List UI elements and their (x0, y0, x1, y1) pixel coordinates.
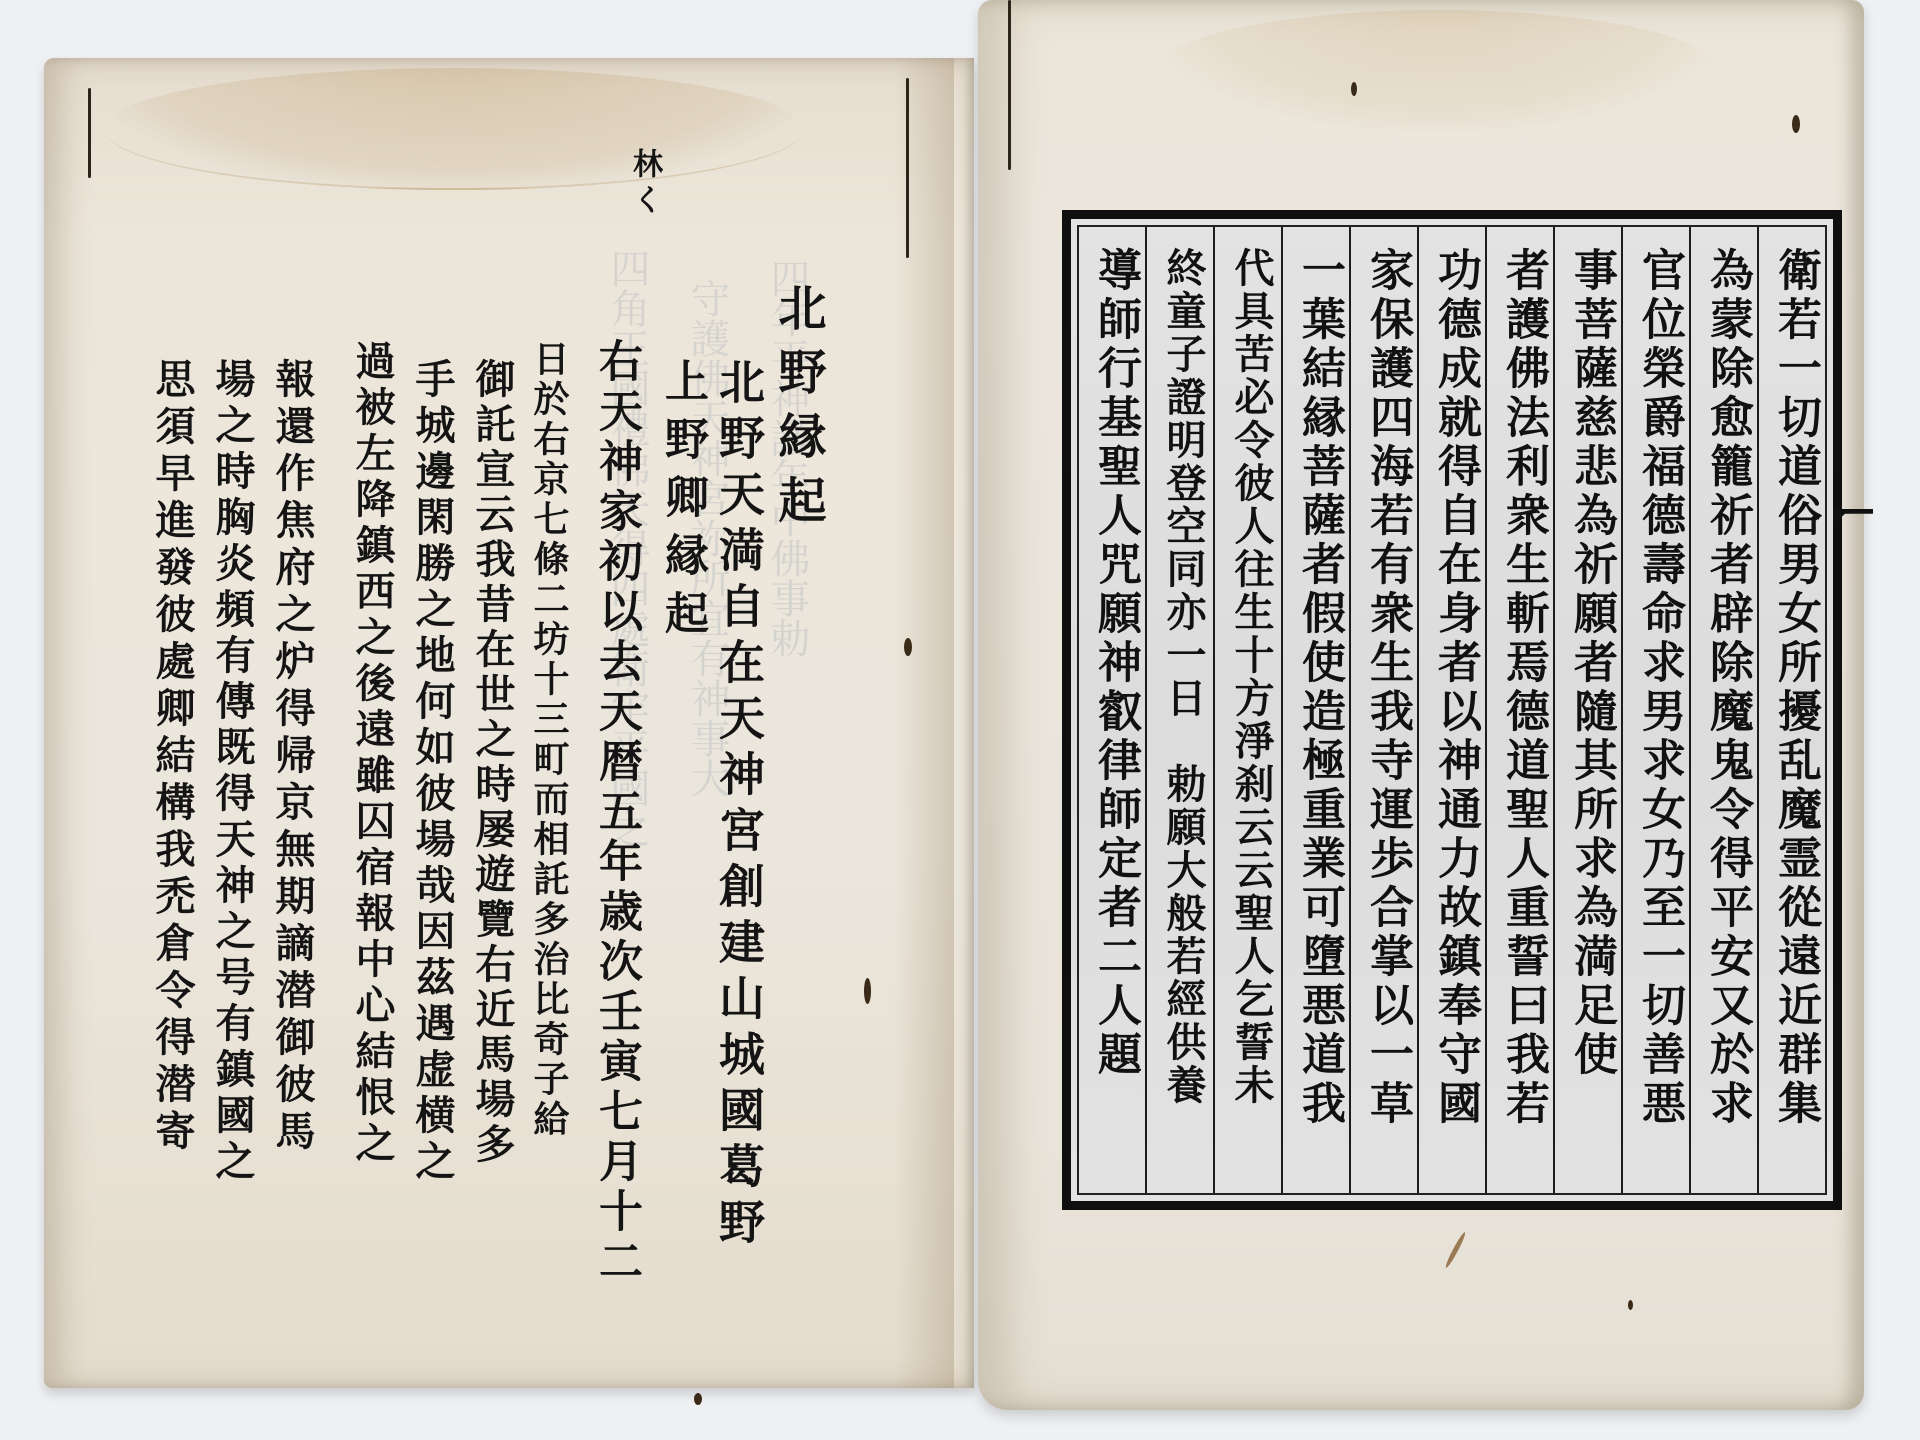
text-column: 報還作焦府之炉得帰京無期謫潜御彼馬 (264, 358, 321, 1157)
fishtail-mark (1833, 509, 1873, 525)
printed-column: 功德成就得自在身者以神通力故鎮奉守國 (1417, 227, 1485, 1193)
binding-fold (894, 58, 954, 1388)
paper-blemish (1444, 1231, 1467, 1269)
ink-spot (1351, 82, 1357, 96)
printed-column: 為蒙除愈籠祈者辟除魔鬼令得平安又於求 (1689, 227, 1757, 1193)
printed-column: 導師行基聖人咒願神叡律師定者二人題 (1079, 227, 1145, 1193)
text-column: 過被左降鎮西之後遠雖囚宿報中心結恨之 (344, 340, 401, 1168)
printed-column: 事菩薩慈悲為祈願者隨其所求為満足使 (1553, 227, 1621, 1193)
ink-spot (1628, 1300, 1633, 1310)
water-stain (1158, 10, 1718, 130)
printed-column: 者護佛法利衆生斬焉德道聖人重誓曰我若 (1485, 227, 1553, 1193)
printed-column: 官位榮爵福德壽命求男求女乃至一切善悪 (1621, 227, 1689, 1193)
header-mark: 林く (622, 148, 666, 220)
printed-column: 一葉結縁菩薩者假使造極重業可墮悪道我 (1281, 227, 1349, 1193)
text-column: 手城邊閑勝之地何如彼場哉因茲遇虚横之 (404, 358, 461, 1186)
printed-column: 代具苦必令彼人往生十方淨刹云云聖人乞誓未 (1213, 227, 1281, 1193)
subtitle-column: 上野卿縁起 (650, 358, 714, 648)
paper-tear (1008, 0, 1011, 170)
text-column: 思須早進發彼處卿結構我禿倉令得潜寄 (144, 358, 201, 1157)
right-page: 衛若一切道俗男女所擾乱魔霊從遠近群集 為蒙除愈籠祈者辟除魔鬼令得平安又於求 官位… (978, 0, 1864, 1410)
ink-spot (694, 1393, 702, 1405)
water-stain (104, 68, 804, 190)
printed-column: 衛若一切道俗男女所擾乱魔霊從遠近群集 (1757, 227, 1825, 1193)
text-column: 北野天満自在天神宮創建山城國葛野 (706, 358, 772, 1254)
printed-column: 家保護四海若有衆生我寺運歩合掌以一草 (1349, 227, 1417, 1193)
ink-spot (904, 638, 912, 656)
printed-text-frame: 衛若一切道俗男女所擾乱魔霊從遠近群集 為蒙除愈籠祈者辟除魔鬼令得平安又於求 官位… (1062, 210, 1842, 1210)
text-column: 右天神家初以去天暦五年歳次壬寅七月十二 (584, 338, 648, 1288)
paper-tear (88, 88, 91, 178)
paper-tear (906, 78, 909, 258)
ink-spot (864, 978, 871, 1004)
column-grid: 衛若一切道俗男女所擾乱魔霊從遠近群集 為蒙除愈籠祈者辟除魔鬼令得平安又於求 官位… (1077, 225, 1827, 1195)
title-column: 北野縁起 (764, 283, 833, 539)
text-column: 御託宣云我昔在世之時屡遊覽右近馬場多 (464, 358, 521, 1168)
ink-spot (1792, 115, 1800, 133)
printed-column: 終童子證明登空同亦一日 勅願大般若經供養 (1145, 227, 1213, 1193)
left-page: 四角王國禮佛天得四處衛牢平國之 守護佛天神宮祢所宜有神事大 四年平神護年中佛事勅… (44, 58, 974, 1388)
text-column: 日於右京七條二坊十三町而相託多治比奇子給 (524, 340, 575, 1140)
text-column: 場之時胸炎頻有傳既得天神之号有鎮國之 (204, 358, 261, 1186)
